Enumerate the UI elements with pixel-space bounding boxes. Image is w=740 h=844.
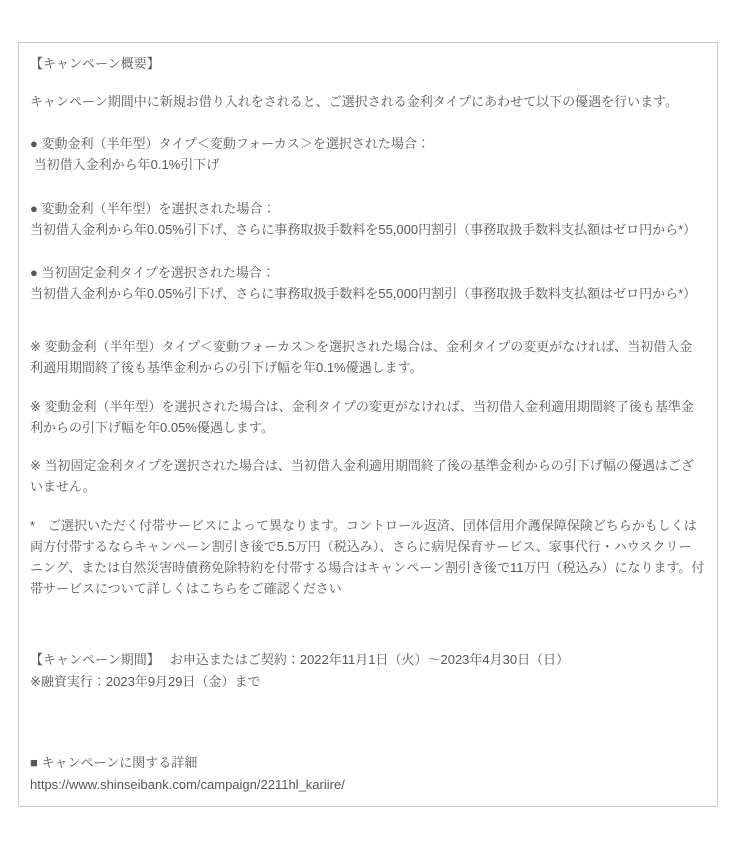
- funding-deadline-note: ※融資実行：2023年9月29日（金）まで: [30, 671, 706, 692]
- page: 【キャンペーン概要】 キャンペーン期間中に新規お借り入れをされると、ご選択される…: [0, 42, 740, 807]
- note-variable: ※ 変動金利（半年型）を選択された場合は、金利タイプの変更がなければ、当初借入金…: [30, 396, 706, 438]
- campaign-overview-title: 【キャンペーン概要】: [30, 53, 706, 74]
- offer-item-variable-focus: ● 変動金利（半年型）タイプ＜変動フォーカス＞を選択された場合： 当初借入金利か…: [30, 133, 706, 175]
- footnote-attached-services: * ご選択いただく付帯サービスによって異なります。コントロール返済、団体信用介護…: [30, 515, 706, 599]
- campaign-details-url: https://www.shinseibank.com/campaign/221…: [30, 774, 706, 795]
- note-initial-fixed: ※ 当初固定金利タイプを選択された場合は、当初借入金利適用期間終了後の基準金利か…: [30, 455, 706, 497]
- campaign-intro-text: キャンペーン期間中に新規お借り入れをされると、ご選択される金利タイプにあわせて以…: [30, 91, 706, 112]
- note-variable-focus: ※ 変動金利（半年型）タイプ＜変動フォーカス＞を選択された場合は、金利タイプの変…: [30, 336, 706, 378]
- offer-item-initial-fixed: ● 当初固定金利タイプを選択された場合： 当初借入金利から年0.05%引下げ、さ…: [30, 262, 706, 304]
- campaign-document-box: 【キャンペーン概要】 キャンペーン期間中に新規お借り入れをされると、ご選択される…: [18, 42, 718, 807]
- campaign-details-heading: ■ キャンペーンに関する詳細: [30, 752, 706, 773]
- offer-item-variable: ● 変動金利（半年型）を選択された場合： 当初借入金利から年0.05%引下げ、さ…: [30, 198, 706, 240]
- campaign-period-line: 【キャンペーン期間】 お申込またはご契約：2022年11月1日（火）～2023年…: [30, 649, 706, 670]
